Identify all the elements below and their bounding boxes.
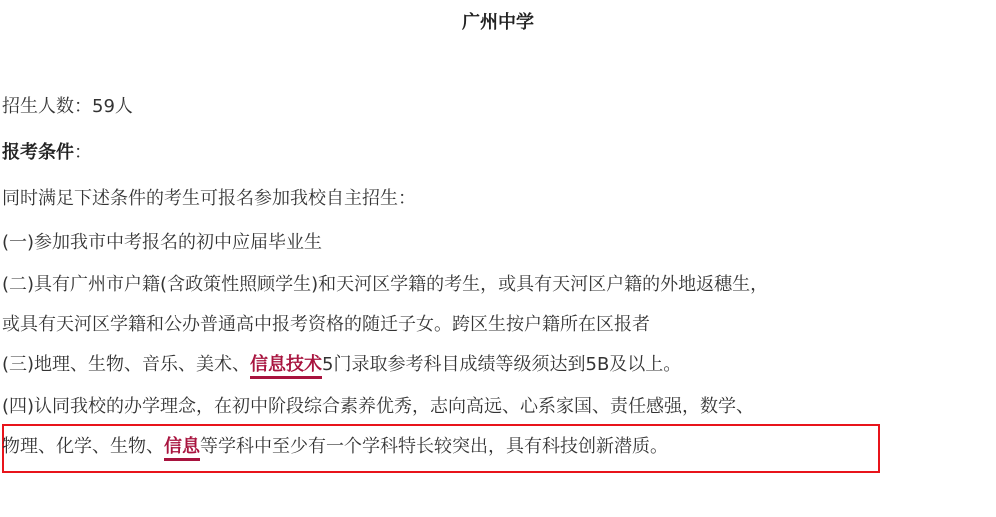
requirements-colon: ： <box>74 142 92 163</box>
condition-2-line-2: 或具有天河区学籍和公办普通高中报考资格的随迁子女。跨区生按户籍所在区报者 <box>2 312 650 338</box>
condition-4-after: 等学科中至少有一个学科特长较突出，具有科技创新潜质。 <box>200 436 668 457</box>
requirements-heading: 报考条件： <box>2 140 92 166</box>
condition-4-line-1: (四)认同我校的办学理念，在初中阶段综合素养优秀，志向高远、心系家国、责任感强，… <box>2 394 754 420</box>
condition-4-line-2: 物理、化学、生物、信息等学科中至少有一个学科特长较突出，具有科技创新潜质。 <box>2 434 668 460</box>
highlight-info-tech[interactable]: 信息技术 <box>250 354 322 379</box>
condition-4-before: 物理、化学、生物、 <box>2 436 164 457</box>
highlight-info[interactable]: 信息 <box>164 436 200 461</box>
page-title: 广州中学 <box>0 10 996 36</box>
condition-2-line-1: (二)具有广州市户籍(含政策性照顾学生)和天河区学籍的考生，或具有天河区户籍的外… <box>2 272 768 298</box>
requirements-intro: 同时满足下述条件的考生可报名参加我校自主招生： <box>2 186 416 212</box>
enrollment-count: 招生人数：59人 <box>2 94 133 120</box>
condition-3-before: (三)地理、生物、音乐、美术、 <box>2 354 250 375</box>
condition-3-after: 5门录取参考科目成绩等级须达到5B及以上。 <box>322 354 681 375</box>
requirements-label: 报考条件 <box>2 142 74 163</box>
condition-1: (一)参加我市中考报名的初中应届毕业生 <box>2 230 322 256</box>
condition-3: (三)地理、生物、音乐、美术、信息技术5门录取参考科目成绩等级须达到5B及以上。 <box>2 352 681 378</box>
